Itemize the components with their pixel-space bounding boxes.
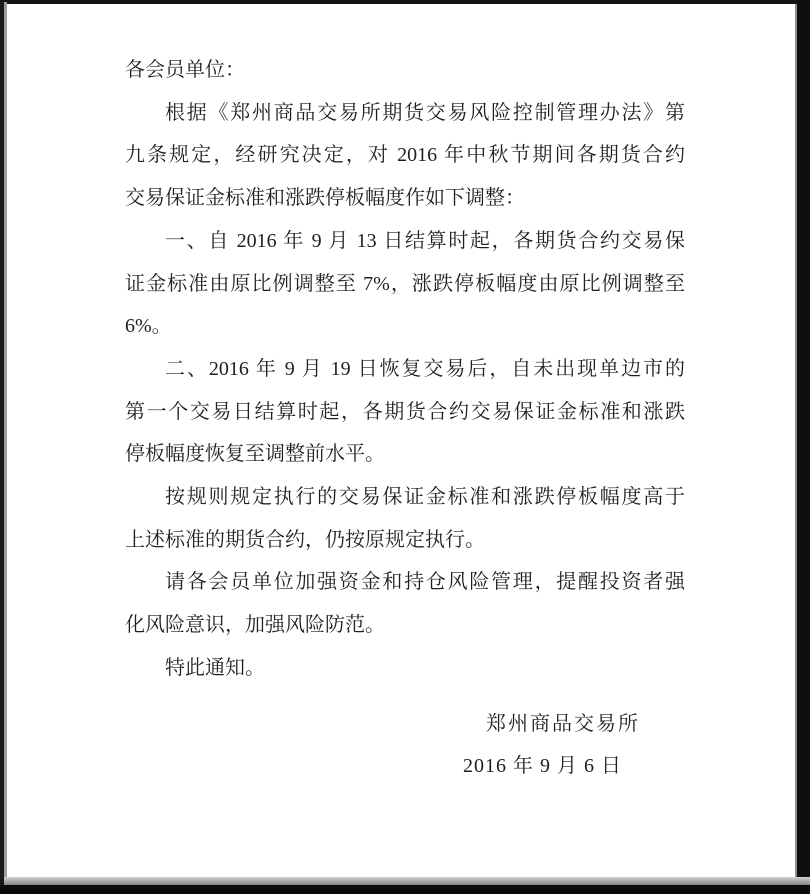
document-line: 化风险意识，加强风险防范。 xyxy=(125,604,685,647)
document-lines: 各会员单位：根据《郑州商品交易所期货交易风险控制管理办法》第九条规定，经研究决定… xyxy=(125,49,685,690)
document-line: 停板幅度恢复至调整前水平。 xyxy=(125,433,685,476)
scan-edge-right-dark xyxy=(797,0,810,894)
document-line: 一、自 2016 年 9 月 13 日结算时起，各期货合约交易保 xyxy=(125,220,685,263)
scanned-notice-page: 各会员单位：根据《郑州商品交易所期货交易风险控制管理办法》第九条规定，经研究决定… xyxy=(0,0,810,894)
scan-edge-bottom-gray xyxy=(4,877,810,885)
document-line: 特此通知。 xyxy=(125,647,685,690)
scan-edge-bottom-dark xyxy=(0,885,810,894)
document-line: 上述标准的期货合约，仍按原规定执行。 xyxy=(125,519,685,562)
document-line: 二、2016 年 9 月 19 日恢复交易后，自未出现单边市的 xyxy=(125,348,685,391)
scan-edge-left-gray xyxy=(4,2,7,894)
document-line: 证金标准由原比例调整至 7%，涨跌停板幅度由原比例调整至 xyxy=(125,263,685,306)
document-line: 按规则规定执行的交易保证金标准和涨跌停板幅度高于 xyxy=(125,476,685,519)
document-line: 交易保证金标准和涨跌停板幅度作如下调整： xyxy=(125,177,685,220)
signature-date: 2016 年 9 月 6 日 xyxy=(125,745,685,788)
signature-organization: 郑州商品交易所 xyxy=(125,703,685,746)
document-body: 各会员单位：根据《郑州商品交易所期货交易风险控制管理办法》第九条规定，经研究决定… xyxy=(125,49,685,788)
document-line: 各会员单位： xyxy=(125,49,685,92)
scan-edge-top xyxy=(0,0,810,4)
document-line: 6%。 xyxy=(125,305,685,348)
document-line: 九条规定，经研究决定，对 2016 年中秋节期间各期货合约 xyxy=(125,134,685,177)
document-line: 根据《郑州商品交易所期货交易风险控制管理办法》第 xyxy=(125,92,685,135)
document-line: 请各会员单位加强资金和持仓风险管理，提醒投资者强 xyxy=(125,561,685,604)
signature-block: 郑州商品交易所 2016 年 9 月 6 日 xyxy=(125,703,685,788)
document-line: 第一个交易日结算时起，各期货合约交易保证金标准和涨跌 xyxy=(125,391,685,434)
